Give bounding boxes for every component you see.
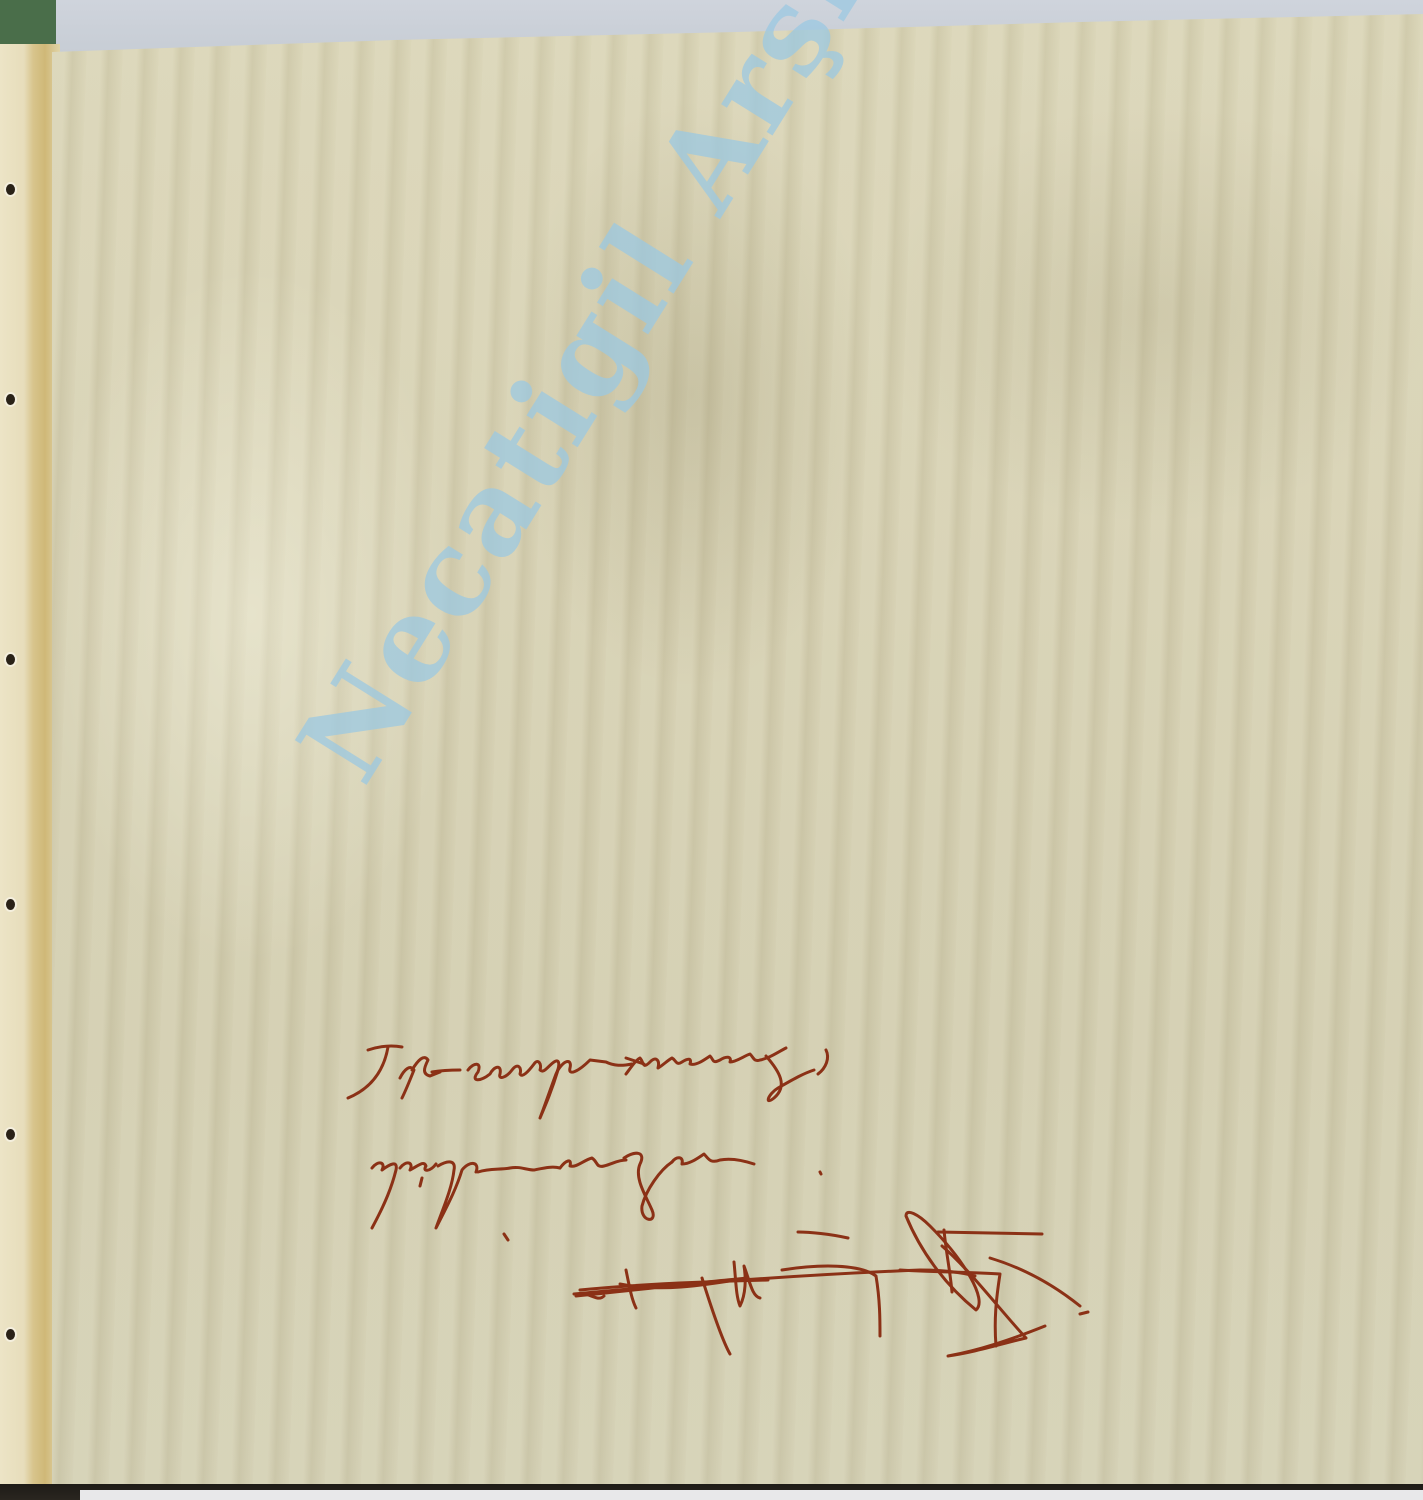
backdrop-bottom <box>80 1490 1423 1500</box>
ink-line-2 <box>372 1153 821 1240</box>
ink-signature <box>574 1212 1088 1356</box>
handwriting-ink <box>0 0 1423 1500</box>
ink-line-1 <box>348 1046 828 1118</box>
